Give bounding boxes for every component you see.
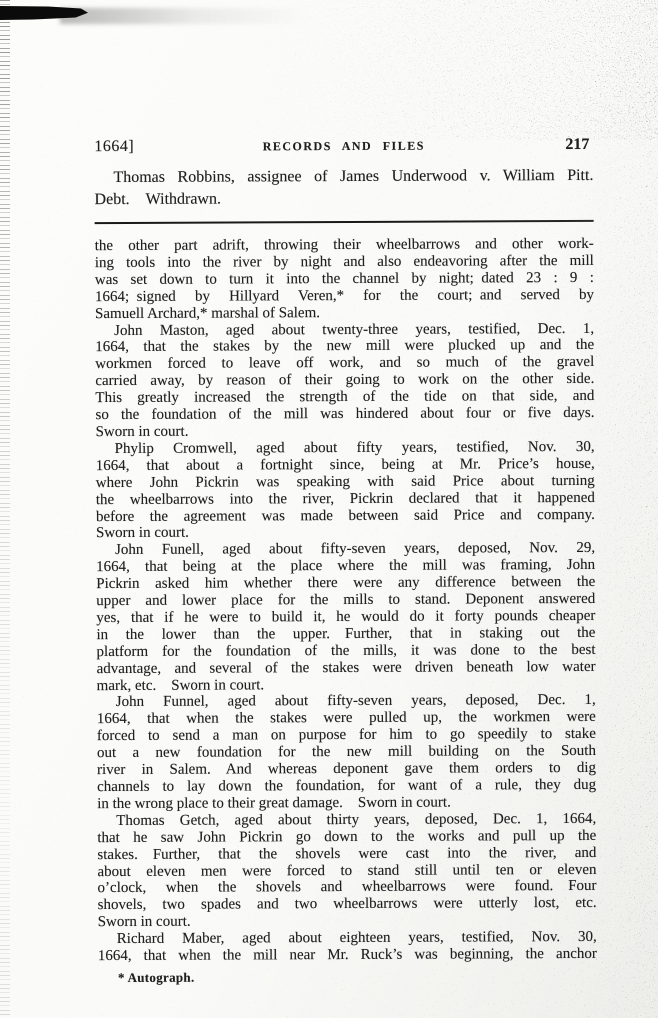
text-line: Debt. Withdrawn. [94,187,593,211]
text-line: Sworn in court. [96,422,595,441]
text-line: platform for the foundation of the mills… [96,642,595,661]
text-line: where John Pickrin was speaking with sai… [96,473,595,492]
text-line: Samuell Archard,* marshal of Salem. [95,304,594,323]
text-line: Richard Maber, aged about eighteen years… [98,929,597,948]
text-line: 1664, that about a fortnight since, bein… [96,456,595,475]
text-line: 1664; signed by Hillyard Veren,* for the… [95,287,594,306]
text-line: stakes. Further, that the shovels were c… [97,845,596,864]
page-content: 1664] RECORDS AND FILES 217 Thomas Robbi… [94,0,597,1018]
text-line: the wheelbarrows into the river, Pickrin… [96,490,595,509]
text-line: the other part adrift, throwing their wh… [95,236,594,255]
text-line: advantage, and several of the stakes wer… [97,659,596,678]
header-page-number: 217 [565,136,589,154]
deposition-paragraph: John Funell, aged about fifty-seven year… [96,540,596,694]
text-line: Thomas Getch, aged about thirty years, d… [97,811,596,830]
text-line: o’clock, when the shovels and wheelbarro… [98,878,597,897]
deposition-paragraph: Richard Maber, aged about eighteen years… [98,929,597,965]
text-line: 1664, that when the stakes were pulled u… [97,709,596,728]
deposition-paragraph: Thomas Getch, aged about thirty years, d… [97,811,597,932]
text-line: 1664, that when the mill near Mr. Ruck’s… [98,946,597,965]
deposition-paragraph: John Funnel, aged about fifty-seven year… [97,692,597,813]
text-line: carried away, by reason of their going t… [95,371,594,390]
text-line: ing tools into the river by night and al… [95,253,594,272]
scan-artifact-top-streak [60,8,310,24]
text-line: in the wrong place to their great damage… [97,794,596,813]
text-line: John Funnel, aged about fifty-seven year… [97,692,596,711]
text-line: workmen forced to leave off work, and so… [95,354,594,373]
text-line: This greatly increased the strength of t… [95,388,594,407]
text-line: so the foundation of the mill was hinder… [95,405,594,424]
text-line: yes, that if he were to build it, he wou… [96,608,595,627]
text-line: 1664, that being at the place where the … [96,557,595,576]
footnote: * Autograph. [118,970,195,986]
scan-artifact-left-edge-band [0,0,10,1018]
body-text: the other part adrift, throwing their wh… [95,236,597,965]
text-line: Pickrin asked him whether there were any… [96,574,595,593]
text-line: was set down to turn it into the channel… [95,270,594,289]
text-line: John Maston, aged about twenty-three yea… [95,320,594,339]
header-title: RECORDS AND FILES [94,138,593,155]
text-line: that he saw John Pickrin go down to the … [97,828,596,847]
text-line: Phylip Cromwell, aged about fifty years,… [96,439,595,458]
scanned-book-page: 1664] RECORDS AND FILES 217 Thomas Robbi… [0,0,658,1018]
text-line: mark, etc. Sworn in court. [97,675,596,694]
text-line: before the agreement was made between sa… [96,506,595,525]
deposition-paragraph: the other part adrift, throwing their wh… [95,236,594,323]
text-line: in the lower than the upper. Further, th… [96,625,595,644]
text-line: out a new foundation for the new mill bu… [97,743,596,762]
text-line: river in Salem. And whereas deponent gav… [97,760,596,779]
text-line: upper and lower place for the mills to s… [96,591,595,610]
page-header: 1664] RECORDS AND FILES 217 [94,136,593,158]
text-line: Thomas Robbins, assignee of James Underw… [94,165,593,189]
text-line: about eleven men were forced to stand st… [97,861,596,880]
text-line: Sworn in court. [96,523,595,542]
deposition-paragraph: Phylip Cromwell, aged about fifty years,… [96,439,595,543]
case-summary: Thomas Robbins, assignee of James Underw… [94,165,593,211]
deposition-paragraph: John Maston, aged about twenty-three yea… [95,320,595,441]
section-divider-rule [95,220,594,224]
text-line: John Funell, aged about fifty-seven year… [96,540,595,559]
text-line: shovels, two spades and two wheelbarrows… [98,895,597,914]
text-line: channels to lay down the foundation, for… [97,777,596,796]
text-line: Sworn in court. [98,912,597,931]
text-line: forced to send a man on purpose for him … [97,726,596,745]
text-line: 1664, that the stakes by the new mill we… [95,337,594,356]
